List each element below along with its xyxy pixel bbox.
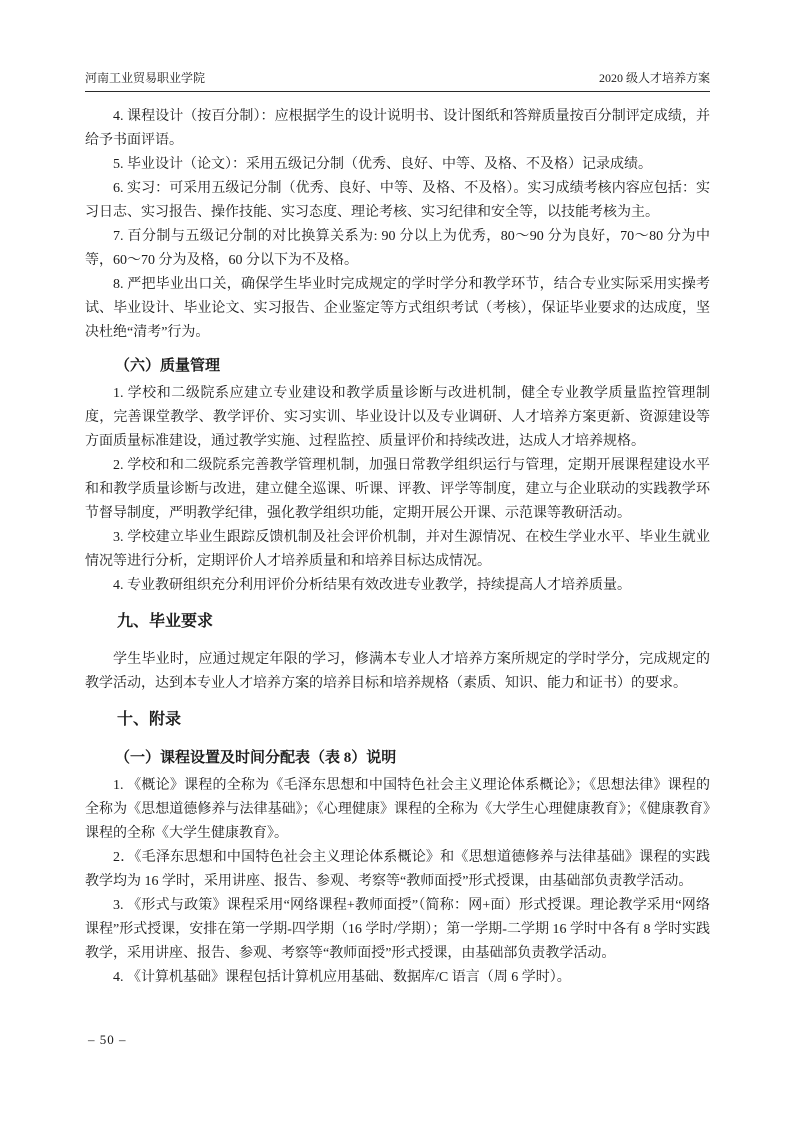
paragraph: 8. 严把毕业出口关，确保学生毕业时完成规定的学时学分和教学环节，结合专业实际采…	[85, 273, 710, 345]
document-body: 4. 课程设计（按百分制）：应根据学生的设计说明书、设计图纸和答辩质量按百分制评…	[85, 105, 710, 990]
paragraph: 3. 学校建立毕业生跟踪反馈机制及社会评价机制，并对生源情况、在校生学业水平、毕…	[85, 526, 710, 574]
paragraph: 7. 百分制与五级记分制的对比换算关系为: 90 分以上为优秀，80～90 分为…	[85, 225, 710, 273]
section-heading: 九、毕业要求	[85, 609, 710, 635]
header-left-text: 河南工业贸易职业学院	[85, 70, 205, 86]
paragraph: 2. 学校和和二级院系完善教学管理机制，加强日常教学组织运行与管理，定期开展课程…	[85, 454, 710, 526]
subsection-heading: （一）课程设置及时间分配表（表 8）说明	[85, 746, 710, 771]
subsection-heading: （六）质量管理	[85, 354, 710, 379]
section-heading: 十、附录	[85, 707, 710, 733]
paragraph: 6. 实习：可采用五级记分制（优秀、良好、中等、及格、不及格）。实习成绩考核内容…	[85, 177, 710, 225]
paragraph: 2．《毛泽东思想和中国特色社会主义理论体系概论》和《思想道德修养与法律基础》课程…	[85, 846, 710, 894]
paragraph: 4. 课程设计（按百分制）：应根据学生的设计说明书、设计图纸和答辩质量按百分制评…	[85, 105, 710, 153]
paragraph: 4. 《计算机基础》课程包括计算机应用基础、数据库/C 语言（周 6 学时）。	[85, 966, 710, 990]
paragraph: 5. 毕业设计（论文）：采用五级记分制（优秀、良好、中等、及格、不及格）记录成绩…	[85, 153, 710, 177]
paragraph: 1. 《概论》课程的全称为《毛泽东思想和中国特色社会主义理论体系概论》；《思想法…	[85, 774, 710, 846]
document-page: 河南工业贸易职业学院 2020 级人才培养方案 4. 课程设计（按百分制）：应根…	[0, 0, 793, 1122]
paragraph: 学生毕业时，应通过规定年限的学习，修满本专业人才培养方案所规定的学时学分，完成规…	[85, 648, 710, 696]
page-number: – 50 –	[88, 1031, 127, 1049]
header-right-text: 2020 级人才培养方案	[599, 70, 710, 86]
page-header: 河南工业贸易职业学院 2020 级人才培养方案	[85, 70, 710, 92]
paragraph: 4. 专业教研组织充分利用评价分析结果有效改进专业教学，持续提高人才培养质量。	[85, 574, 710, 598]
paragraph: 3. 《形式与政策》课程采用“网络课程+教师面授”（简称：网+面）形式授课。理论…	[85, 894, 710, 966]
paragraph: 1. 学校和二级院系应建立专业建设和教学质量诊断与改进机制，健全专业教学质量监控…	[85, 382, 710, 454]
